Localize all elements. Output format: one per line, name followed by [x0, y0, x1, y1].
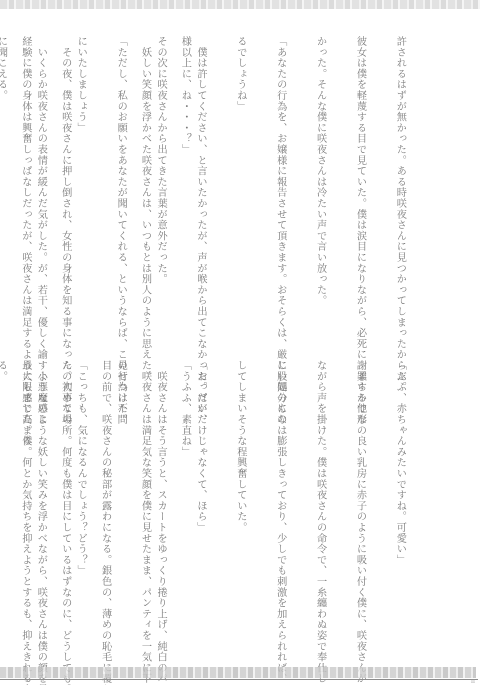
text-line: 様以上に、ね・・・？」	[178, 36, 191, 328]
text-line: るでしょうね」	[234, 36, 247, 328]
text-line: 彼女は僕を軽蔑する目で見ていた。僕は涙目になりながら、必死に謝罪する他な	[353, 36, 366, 328]
text-line: 経験に僕の身体は興奮しっぱなしだったが、咲夜さんは満足するようにも感じた。僕	[19, 36, 32, 328]
text-line: してしまいそうな程興奮していた。	[234, 360, 247, 650]
scan-bleed-bottom	[0, 667, 476, 678]
text-line: に股間のものは膨張しきっており、少しでも刺激を加えられれば、たちまち発射	[273, 360, 286, 650]
text-line: 「あなたの行為を、お嬢様に報告させて頂きます。おそらくは、厳しい処分にな	[273, 36, 286, 328]
text-line: ながら声を掛けた。僕は咲夜さんの命令で、一糸纏わぬ姿で奉仕していた。すで	[313, 360, 326, 650]
text-line: 最大限まで高まる。何とか気持ちを抑えようとするも、抑えきれる自信が無かった。	[19, 360, 32, 650]
text-line: 「うふふ、素直ね」	[178, 360, 191, 650]
text-block-bottom-left: 「うふふ、素直ね」 咲夜さんは満足気な笑顔を僕に見せたまま、パンティを一気に下ろ…	[0, 360, 218, 650]
blank-line: ​	[98, 36, 111, 328]
text-line: その夜、僕は咲夜さんに押し倒され、女性の身体を知る事になった。初めての	[58, 36, 71, 328]
page-edge-rule	[0, 679, 478, 680]
text-line: 許されるはずが無かった。ある時咲夜さんに見つかってしまったからだ。	[393, 36, 406, 328]
text-line: 咲夜さんは満足気な笑顔を僕に見せたまま、パンティを一気に下ろした。僕の	[138, 360, 151, 650]
text-line: 柔らかで形の良い乳房に赤子のように吸い付く僕に、咲夜さんがクスクス笑い	[353, 360, 366, 650]
page-mark: II	[471, 680, 475, 685]
text-line: 妖しい笑顔を浮かべた咲夜さんは、いつもとは別人のように思えた。	[138, 36, 151, 328]
text-line: 「ふふ、赤ちゃんみたいですね。可愛い」	[393, 360, 406, 650]
scan-bleed-top	[0, 0, 480, 9]
text-line: 目の前で、咲夜さんの秘部が露わになる。銀色の、薄めの恥毛に覆われた咲夜さ	[98, 360, 111, 650]
text-line: んの大事な場所。何度も僕は目にしているはずなのに、どうしても感情はいつも	[58, 360, 71, 650]
text-block-top-left: 様以上に、ね・・・？」 妖しい笑顔を浮かべた咲夜さんは、いつもとは別人のように思…	[0, 36, 218, 328]
text-line: かった。そんな僕に咲夜さんは冷たい声で言い放った。	[313, 36, 326, 328]
